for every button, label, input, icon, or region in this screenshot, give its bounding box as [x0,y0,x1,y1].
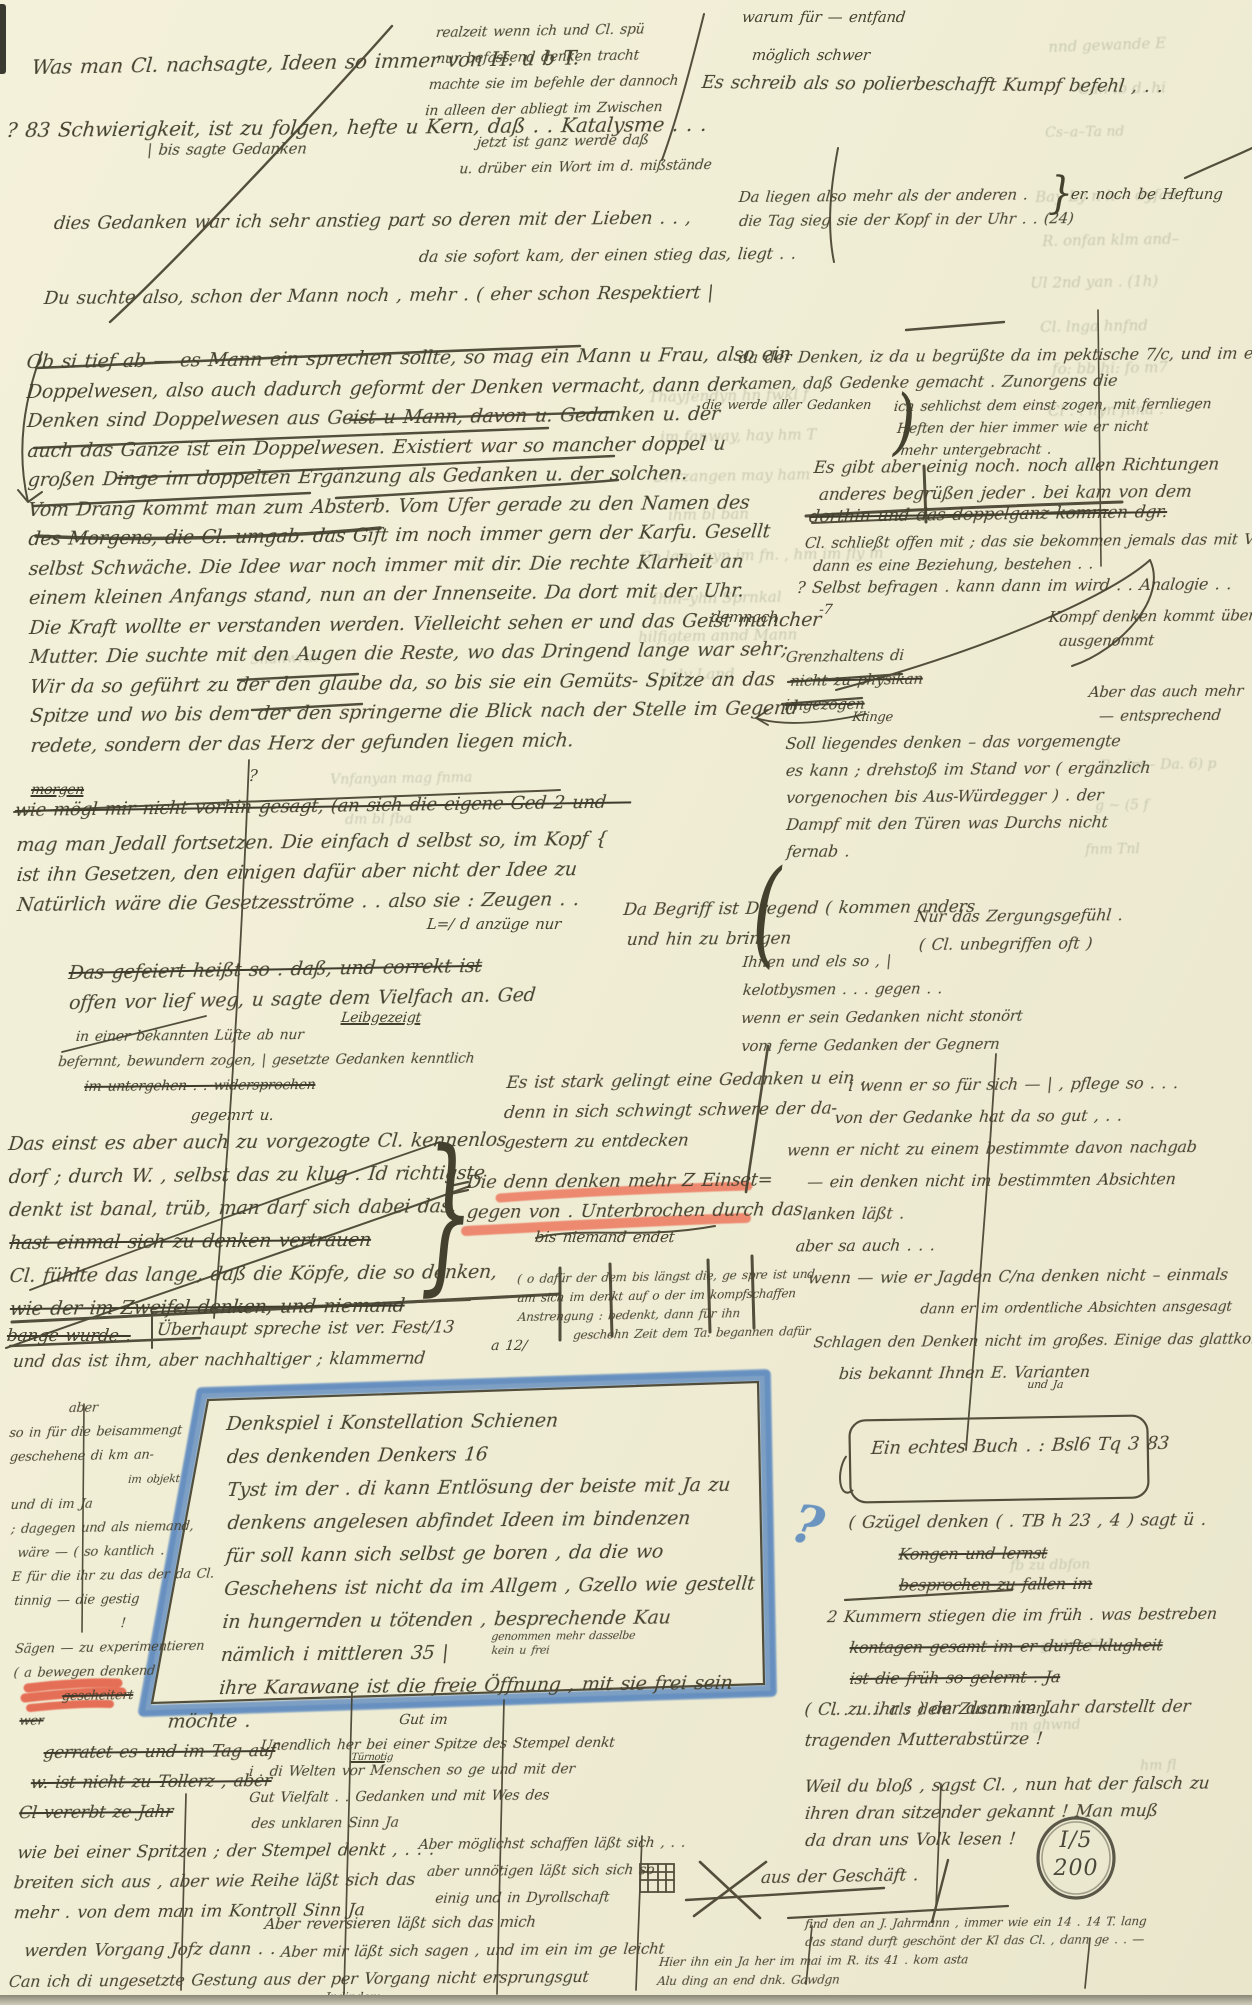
handwriting-layer: Was man Cl. nachsagte, Ideen so immer vo… [0,0,1252,2005]
demnach-note: demnach [712,608,779,626]
cl-zu-ihr-block: ( Cl. zu ihr : ) der dann im Jahr darste… [806,1692,1192,1757]
handwriting-line: i . di Welten vor Menschen so ge und mit… [248,1756,616,1785]
handwriting-line: bis niemand endet [534,1228,675,1246]
handwriting-line: ( Cl. zu ihr : ) der dann im Jahr darste… [803,1692,1192,1726]
handwriting-line: ( Gzügel denken ( . TB h 23 , 4 ) sagt ü… [847,1505,1218,1539]
handwriting-line: Türnotig [351,1752,394,1763]
handwriting-line: dann er im ordentliche Absichten ansgesa… [919,1290,1252,1325]
gegemrt-note: gegemrt u. [192,1106,275,1124]
handwriting-line: vorgenochen bis Aus-Würdegger ) . der [785,781,1152,811]
handwriting-line: so in für die beisammengt [8,1418,212,1446]
handwriting-line: Klinge [851,710,893,725]
handwriting-line: wie mögl mir nicht vorhin gesagt, (an si… [14,791,632,821]
handwriting-line: Ein echtes Buch . : Bsl6 Tq 3 83 [870,1433,1170,1459]
handwriting-line: i wenn er so für sich — | , pflege so . … [847,1066,1252,1102]
handwriting-line: Unendlich her bei einer Spitze des Stemp… [259,1730,615,1759]
ink-box-label: Ein echtes Buch . : Bsl6 Tq 3 83 [872,1433,1170,1459]
handwriting-line: aber unnötigen läßt sich sich so [426,1857,687,1886]
analogie-line: ? Selbst befragen . kann dann im wird . … [798,574,1232,597]
handwriting-line: breiten sich aus , aber wie Reihe läßt s… [12,1865,436,1899]
handwriting-line: Heften der hier immer wie er nicht [896,415,1212,440]
page-number-line-2: 200 [1031,1856,1121,1881]
handwriting-line: Weil du bloß , sagst Cl. , nun hat der f… [803,1770,1210,1801]
handwriting-line: wenn — wie er Jagden C/na denken nicht –… [807,1258,1252,1294]
right-col-struck: dorthin und das doppelganz kommen dgr. [810,502,1168,527]
handwriting-line: tinnig — die gestig [13,1586,215,1614]
handwriting-line: im untergehen . . widersprochen [83,1072,476,1100]
top-line-3: dies Gedanken war ich sehr anstieg part … [55,207,692,234]
handwriting-line: Aber möglichst schaffen läßt sich , . . [417,1830,686,1859]
bottom-center-column: Unendlich her bei einer Spitze des Stemp… [250,1730,617,1837]
handwriting-line: -7 [818,602,833,618]
handwriting-line: ich sehlichst dem einst zogen, mit fernl… [893,393,1212,418]
bottom-center-lines: Aber reversieren läßt sich das michAber … [266,1907,666,1966]
handwriting-line: aus der Geschäft . [760,1865,919,1888]
handwriting-line: aber sa auch . . . [794,1226,1252,1262]
handwriting-line: Aber mir läßt sich sagen , und im ein im… [280,1935,666,1966]
handwriting-line: wenn er sein Gedanken nicht stonört [740,1002,1024,1032]
handwriting-line: Kompf denken kommt überragend [1048,603,1252,629]
handwriting-line: gegen von . Unterbrochen durch das . [465,1195,816,1228]
handwriting-line: ihre Karawane ist die freie Öffnung , mi… [218,1666,757,1705]
handwriting-line: nämlich i mittleren 35 | [219,1633,756,1672]
tuernotig-note: Türnotig [352,1752,394,1763]
handwriting-line: 2 Kummern stiegen die im früh . was best… [826,1598,1219,1632]
handwriting-line: und di im Ja [10,1490,214,1518]
handwriting-line: Tyst im der . di kann Entlösung der beis… [226,1468,755,1507]
klammernd-line: und das ist ihm, aber nachhaltiger ; kla… [14,1348,426,1372]
handwriting-line: von der Gedanke hat da so gut , . . [833,1098,1252,1134]
handwriting-line: wenn er nicht zu einem bestimmte davon n… [785,1130,1252,1166]
handwriting-line: Sägen — zu experimentieren [14,1634,216,1662]
handwriting-line: Gut Vielfalt . . Gedanken und mit Wes de… [248,1782,616,1811]
center-left-block: Das gefeiert heißt so . daß, und correkt… [70,950,537,1018]
handwriting-line: kontagen gesamt im er durfte klugheit [848,1629,1219,1663]
right-col-top: da der Denken, iz da u begrüßte da im pe… [740,340,1252,397]
handwriting-line: gegemrt u. [190,1106,274,1124]
gut-im-note: Gut im [400,1712,448,1728]
top-line-4: da sie sofort kam, der einen stieg das, … [420,244,797,266]
top-mid-note-2: jetzt ist ganz werde daßu. drüber ein Wo… [478,126,713,182]
handwriting-line: wie bei einer Spritzen ; der Stempel den… [16,1835,436,1869]
bottom-right-small-2: Hier ihn ein Ja her im mai im R. its 41 … [660,1950,969,1991]
left-margin-column: aberso in für die beisammengtgeschehene … [10,1394,218,1733]
handwriting-line: ? Selbst befragen . kann dann im wird . … [796,574,1232,597]
right-col-schliesst: Cl. schließt offen mit ; das sie bekomme… [806,528,1252,578]
handwriting-line: in alleen der abliegt im Zwischen [424,94,680,124]
page-number-line-1: I/5 [1031,1828,1121,1853]
handwriting-line: er. noch be Heftung [1070,185,1223,203]
top-right-2: möglich schwer [753,46,871,64]
soll-liegendes-block: Soll liegendes denken – das vorgemengtee… [787,727,1153,865]
handwriting-line: dies Gedanken war ich sehr anstieg part … [53,207,692,234]
question-mark-note: ? [250,766,258,785]
top-right-4: Da liegen also mehr als der anderen .die… [740,182,1075,233]
note-morgen: morgen [32,782,85,798]
handwriting-line: jetzt ist ganz werde daß [476,126,712,156]
handwriting-line: und Ja [1027,1378,1064,1391]
top-line-5: Du suchte also, schon der Mann noch , me… [45,282,715,309]
handwriting-line: Soll liegendes denken – das vorgemengte [784,727,1151,757]
handwriting-line: Es gibt aber einig noch. noch allen Rich… [812,451,1220,482]
geschaeft-note: aus der Geschäft . [762,1865,920,1888]
left-mid-paragraph: mag man Jedall fortsetzen. Die einfach d… [18,824,610,920]
bottom-center-right-col: Aber möglichst schaffen läßt sich , . .a… [420,1830,687,1913]
blue-box-paragraph: Denkspiel i Konstellation Schienendes de… [228,1402,758,1737]
page-bottom-edge [0,1995,1252,2005]
handwriting-line: im objekt [127,1466,213,1492]
handwriting-line: Dampf mit den Türen was Durchs nicht [785,808,1152,838]
handwriting-line: besprochen zu fallen im [898,1567,1219,1601]
handwriting-line: ausgenommt [1058,627,1252,653]
handwriting-line: Die denn denken mehr Z Einset= [465,1165,816,1198]
handwriting-line: Aber das auch mehr [1088,679,1245,704]
handwriting-line: ihren dran sitzender gekannt ! Man muß [804,1797,1211,1828]
paren-big-icon: ( [752,856,781,971]
handwriting-line: L=/ d anzüge nur [426,915,562,933]
red-underlined-block: Die denn denken mehr Z Einset=gegen von … [468,1165,817,1228]
kelotbysmus-block: Ihnen und els so , |kelotbysmen . . . ge… [744,946,1024,1060]
bis-niemand-note: bis niemand endet [536,1228,675,1246]
handwriting-line: Ihnen und els so , | [741,946,1023,976]
handwriting-line: kelotbysmen . . . gegen . . [742,974,1024,1004]
handwriting-line: Can ich di ungesetzte Gestung aus der pe… [8,1967,589,1991]
handwriting-line: Grenzhaltens di [785,643,924,669]
struck-sentence: wie mögl mir nicht vorhin gesagt, (an si… [16,791,632,821]
handwriting-line: für soll kann sich selbst ge boren , da … [224,1534,755,1573]
handwriting-line: ! [120,1610,216,1636]
handwriting-line: kamen, daß Gedenke gemacht . Zunorgens d… [738,366,1252,397]
handwriting-line: Denkspiel i Konstellation Schienen [225,1402,754,1441]
handwriting-line: Aber reversieren läßt sich das mich [263,1907,665,1939]
handwriting-line: u. drüber ein Wort im d. mißstände [458,152,712,182]
handwriting-line: Da liegen also mehr als der anderen . [738,182,1075,209]
handwriting-line: Gut im [398,1712,448,1728]
right-lower-column: i wenn er so für sich — | , pflege so . … [850,1066,1252,1390]
handwriting-line: bange wurde . [6,1326,132,1346]
top-mid-note: realzeit wenn ich und Cl. spünur befasse… [437,16,680,124]
handwriting-line: befernnt, bewundern zogen, | gesetzte Ge… [57,1047,476,1076]
handwriting-line: demnach [710,608,779,626]
handwriting-line: genommen mehr dasselbe [491,1629,636,1644]
handwriting-line: da sie sofort kam, der einen stieg das, … [418,244,797,266]
handwriting-line: möglich schwer [751,46,871,64]
handwriting-line: warum für — entfand [741,8,906,26]
volk-lesen-block: Weil du bloß , sagst Cl. , nun hat der f… [806,1770,1211,1855]
handwriting-line: — ein denken nicht im bestimmten Absicht… [806,1162,1252,1198]
top-right-1: warum für — entfand [743,8,906,26]
handwriting-line: ; dagegen und als niemand, [10,1514,214,1542]
handwriting-line: vom ferne Gedanken der Gegnern [740,1030,1024,1060]
top-right-5: er. noch be Heftung [1072,185,1223,203]
die-werde-note: die werde aller Gedanken [703,398,872,413]
handwriting-line: in einer bekannten Lüfte ab nur [75,1022,476,1050]
aber-das-note: Aber das auch mehr— entsprechend [1090,679,1245,728]
brace-small-icon: } [1048,172,1073,216]
page-edge-mark [0,4,6,74]
bange-note: bange wurde . [8,1326,132,1346]
bottom-right-small: find den an J. Jahrmann , immer wie ein … [806,1912,1148,1951]
handwriting-line: ? [248,766,258,785]
small-insert: L=/ d anzüge nur [428,915,562,933]
handwriting-line: Überhaupt spreche ist ver. Fest/13 [156,1317,455,1340]
manuscript-page: nnd gewande ECan lb d. hiCs–a–Ta ndBay L… [0,0,1252,2005]
top-right-3: Es schreib als so polierbeschafft Kumpf … [703,72,1164,97]
handwriting-line: ist die früh so gelernt . Ja [848,1660,1219,1694]
handwriting-line: E für die ihr zu das der da Cl. [11,1562,215,1590]
handwriting-line: die werde aller Gedanken [701,398,871,413]
handwriting-line: — entsprechend [1098,703,1245,728]
handwriting-line: in hungernden u tötenden , besprechende … [221,1600,756,1639]
handwriting-line: fernab . [785,835,1152,865]
handwriting-line: Geschehens ist nicht da im Allgem , Gzel… [223,1567,756,1606]
handwriting-line: Nur das Zergungsgefühl . [913,901,1124,931]
handwriting-line: Alu ding an end dnk. Gawdgn [656,1969,969,1991]
handwriting-line: geschehn Zeit dem Ta. begannen dafür [572,1322,816,1345]
handwriting-line: morgen [30,782,85,798]
handwriting-line: des denkenden Denkers 16 [225,1435,754,1474]
handwriting-line: geschehene di km an- [9,1442,213,1470]
handwriting-line: die Tag sieg sie der Kopf in der Uhr . .… [738,206,1075,233]
handwriting-line: ( a bewegen denkend [13,1658,217,1686]
a12-note: a 12/ [492,1338,528,1354]
brace-large-icon: } [420,1128,474,1298]
handwriting-line: tragenden Mutterabstürze ! [803,1723,1192,1757]
handwriting-line: es kann ; drehstoß im Stand vor ( ergänz… [785,754,1152,784]
handwriting-line: Schlagen den Denken nicht im großes. Ein… [812,1322,1252,1358]
kompf-note: Kompf denken kommt überragendausgenommt [1050,603,1252,653]
right-col-two-lines: Es gibt aber einig noch. noch allen Rich… [815,451,1221,509]
handwriting-line: denkens angelesen abfindet Ideen im bind… [226,1501,755,1540]
handwriting-line: Es schreib als so polierbeschafft Kumpf … [701,72,1164,97]
handwriting-line: aber [68,1394,212,1421]
und-ja-note: und Ja [1028,1378,1064,1391]
handwriting-line: da dran uns Volk lesen ! [804,1824,1211,1855]
physikal-block: Grenzhaltens dinicht zu physikanimgezoge… [787,643,925,717]
handwriting-line: das stand durft geschönt der Kl das Cl. … [804,1930,1147,1951]
handwriting-line: kein u frei [491,1643,636,1658]
handwriting-line: a 12/ [490,1338,528,1354]
paren-close-icon: ) [893,385,915,457]
handwriting-line: Du suchte also, schon der Mann noch , me… [43,282,714,309]
box-insert-note: genommen mehr dasselbekein u frei [492,1629,636,1658]
handwriting-line: dorthin und das doppelganz kommen dgr. [808,502,1168,527]
handwriting-line: nicht zu physikan [789,667,924,693]
handwriting-line: und das ist ihm, aber nachhaltiger ; kla… [12,1348,426,1372]
ueberhaupt-note: Überhaupt spreche ist ver. Fest/13 [158,1317,455,1340]
z7-note: -7 [820,602,833,618]
small-four-lines: ( o dafür der dem bis längst die, ge spr… [518,1265,817,1346]
bottom-last-line: Can ich di ungesetzte Gestung aus der pe… [10,1967,590,1991]
handwriting-line: wäre — ( so kantlich . [16,1538,214,1565]
small-notes-left: in einer bekannten Lüfte ab nurbefernnt,… [77,1022,476,1100]
klinge-note: Klinge [853,710,894,725]
handwriting-line: lanken läßt . [801,1194,1252,1230]
handwriting-line: Kongen und lernst [897,1536,1218,1570]
